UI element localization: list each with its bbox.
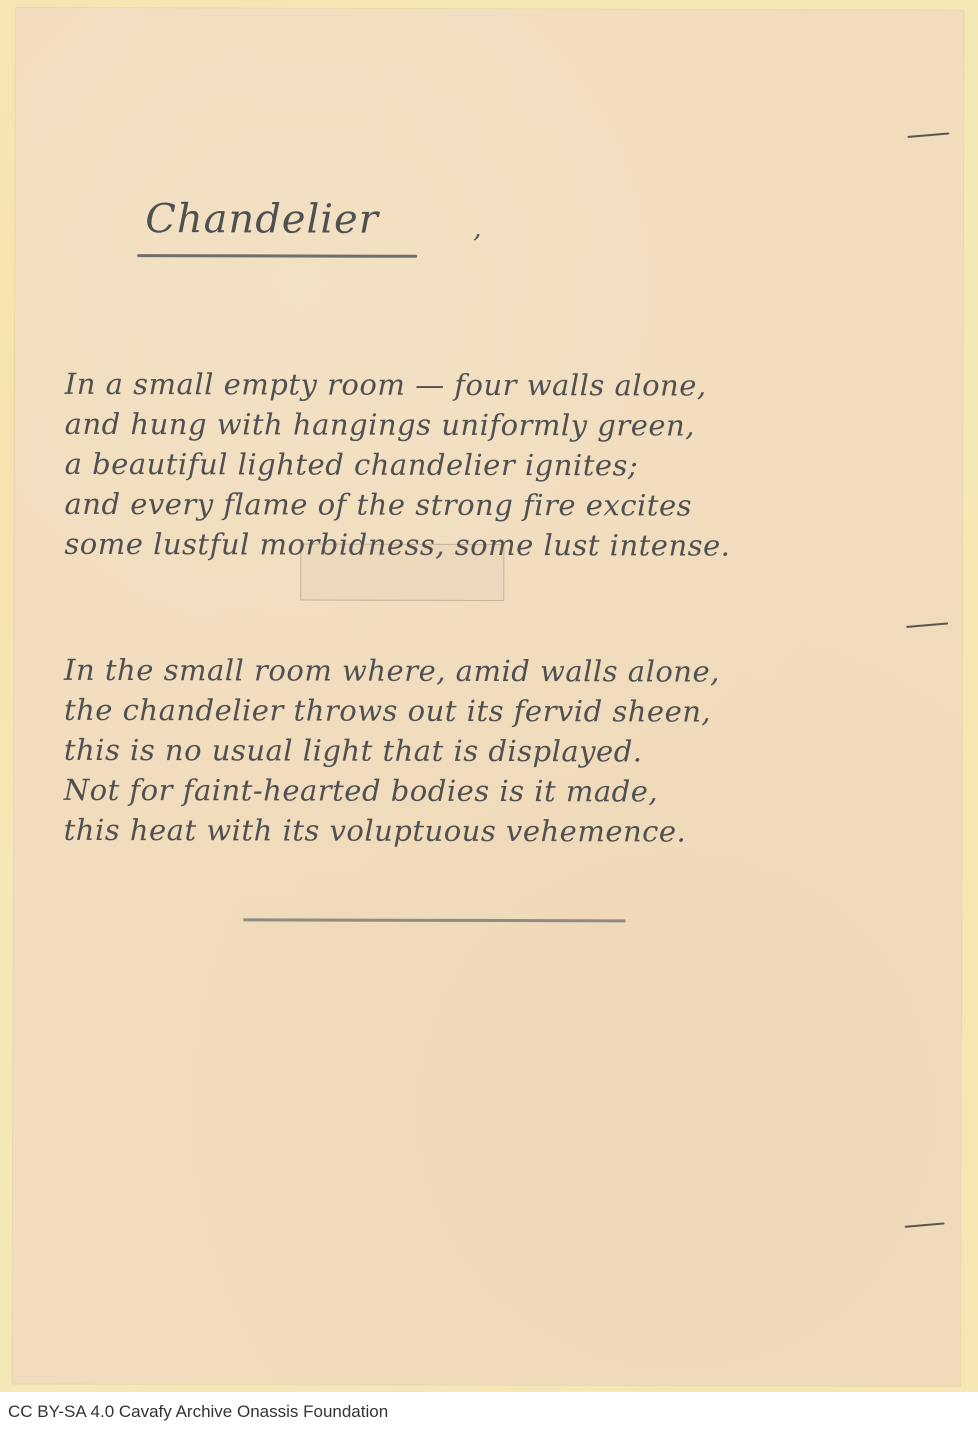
- closing-divider-line: [243, 918, 625, 922]
- poem-line: some lustful morbidness, some lust inten…: [64, 524, 730, 566]
- license-caption: CC BY-SA 4.0 Cavafy Archive Onassis Foun…: [8, 1402, 388, 1422]
- poem-line: Not for faint-hearted bodies is it made,: [64, 770, 720, 812]
- poem-line: In a small empty room — four walls alone…: [65, 364, 731, 406]
- poem-line: and hung with hangings uniformly green,: [65, 404, 731, 446]
- poem-line: a beautiful lighted chandelier ignites;: [65, 444, 731, 486]
- margin-mark: [906, 622, 948, 628]
- poem-line: and every flame of the strong fire excit…: [64, 484, 730, 526]
- stanza-2: In the small room where, amid walls alon…: [64, 650, 720, 852]
- margin-mark: [905, 1222, 945, 1227]
- scan-background: Chandelier , In a small empty room — fou…: [0, 0, 978, 1392]
- title-underline: [137, 254, 417, 258]
- poem-line: this heat with its voluptuous vehemence.: [64, 810, 720, 852]
- poem-line: the chandelier throws out its fervid she…: [64, 690, 720, 732]
- poem-line: this is no usual light that is displayed…: [64, 730, 720, 772]
- margin-mark: [907, 132, 949, 138]
- manuscript-page: Chandelier , In a small empty room — fou…: [12, 8, 964, 1386]
- poem-title: Chandelier: [145, 196, 379, 243]
- title-mark: ,: [473, 214, 481, 244]
- stanza-1: In a small empty room — four walls alone…: [64, 364, 731, 566]
- poem-line: In the small room where, amid walls alon…: [64, 650, 720, 692]
